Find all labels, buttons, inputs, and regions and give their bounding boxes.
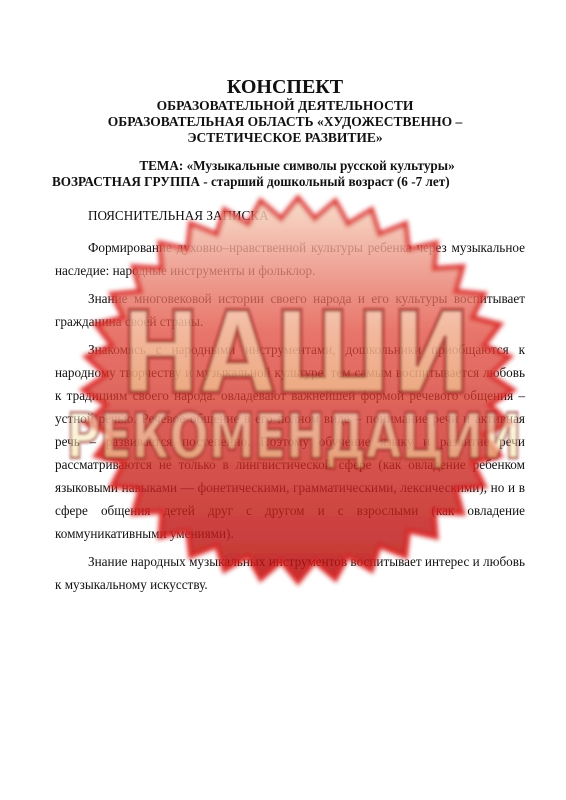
document-header: КОНСПЕКТ ОБРАЗОВАТЕЛЬНОЙ ДЕЯТЕЛЬНОСТИ ОБ… (50, 76, 520, 146)
age-group: ВОЗРАСТНАЯ ГРУППА - старший дошкольный в… (52, 174, 522, 190)
paragraph-1: Формирование духовно–нравственной культу… (55, 236, 525, 282)
subtitle-line-3: ЭСТЕТИЧЕСКОЕ РАЗВИТИЕ» (50, 130, 520, 146)
paragraph-3: Знакомясь с народными инструментами, дош… (55, 338, 525, 545)
document-title: КОНСПЕКТ (50, 76, 520, 98)
paragraph-4: Знание народных музыкальных инструментов… (55, 550, 525, 596)
lesson-topic: ТЕМА: «Музыкальные символы русской культ… (52, 158, 522, 174)
section-heading: ПОЯСНИТЕЛЬНАЯ ЗАПИСКА (55, 204, 525, 227)
paragraph-2: Знание многовековой истории своего народ… (55, 287, 525, 333)
topic-block: ТЕМА: «Музыкальные символы русской культ… (52, 158, 522, 190)
explanatory-note: ПОЯСНИТЕЛЬНАЯ ЗАПИСКА Формирование духов… (55, 204, 525, 601)
subtitle-line-2: ОБРАЗОВАТЕЛЬНАЯ ОБЛАСТЬ «ХУДОЖЕСТВЕННО – (50, 114, 520, 130)
subtitle-line-1: ОБРАЗОВАТЕЛЬНОЙ ДЕЯТЕЛЬНОСТИ (50, 98, 520, 114)
document-page: КОНСПЕКТ ОБРАЗОВАТЕЛЬНОЙ ДЕЯТЕЛЬНОСТИ ОБ… (0, 0, 566, 800)
